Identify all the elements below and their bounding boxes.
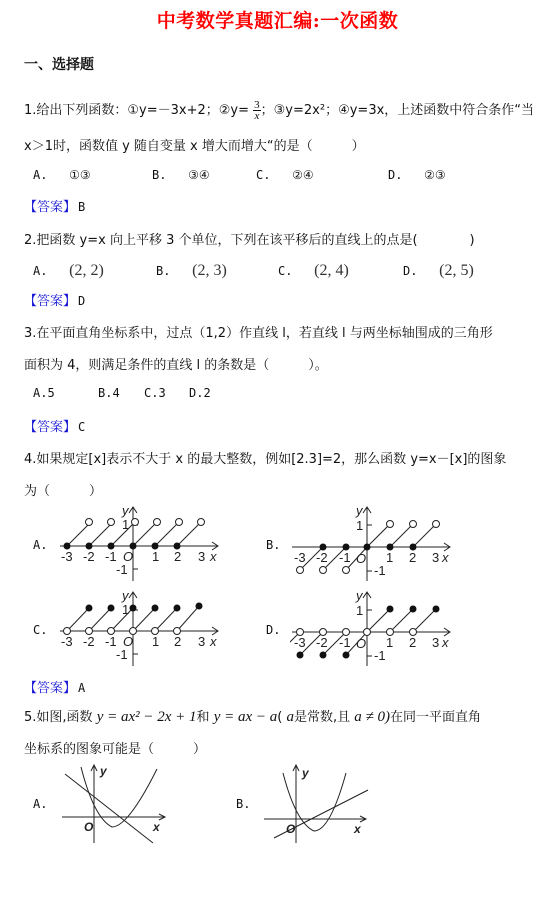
question-3-line-1: 3.在平面直角坐标系中，过点（1,2）作直线 l，若直线 l 与两坐标轴围成的三… bbox=[24, 322, 493, 341]
q3-option-c[interactable]: C.3 bbox=[144, 386, 166, 400]
svg-text:x: x bbox=[441, 550, 449, 565]
q3-option-d[interactable]: D.2 bbox=[189, 386, 211, 400]
svg-text:O: O bbox=[286, 822, 296, 836]
question-4-line-2: 为（ ） bbox=[24, 480, 102, 499]
q4-graph-c[interactable]: -3-2-1 O123 xy 1-1 bbox=[58, 588, 228, 668]
svg-text:3: 3 bbox=[432, 635, 439, 650]
q5-option-a-label[interactable]: A. bbox=[33, 797, 47, 811]
q3-answer: 【答案】C bbox=[24, 416, 85, 435]
q1-option-d[interactable]: D. ②③ bbox=[388, 168, 446, 182]
svg-text:1: 1 bbox=[152, 549, 159, 564]
q2-answer: 【答案】D bbox=[24, 290, 85, 309]
svg-text:-1: -1 bbox=[339, 550, 351, 565]
q2-option-d[interactable]: D. (2, 5) bbox=[403, 262, 474, 280]
svg-text:3: 3 bbox=[198, 549, 205, 564]
svg-text:-1: -1 bbox=[374, 563, 386, 578]
svg-text:-1: -1 bbox=[339, 635, 351, 650]
svg-text:-3: -3 bbox=[294, 635, 306, 650]
svg-text:x: x bbox=[209, 634, 217, 649]
svg-text:1: 1 bbox=[356, 603, 363, 618]
q2-option-c[interactable]: C. (2, 4) bbox=[278, 262, 349, 280]
svg-text:1: 1 bbox=[386, 550, 393, 565]
svg-text:1: 1 bbox=[386, 635, 393, 650]
q1-answer: 【答案】B bbox=[24, 196, 85, 215]
q4-option-b-label[interactable]: B. bbox=[266, 538, 280, 552]
svg-text:-1: -1 bbox=[105, 549, 117, 564]
svg-text:2: 2 bbox=[174, 634, 181, 649]
question-1-line-1: 1.给出下列函数：①y=－3x+2；②y= 3x；③y=2x²；④y=3x，上述… bbox=[24, 99, 534, 121]
svg-text:y: y bbox=[99, 764, 108, 778]
svg-text:1: 1 bbox=[356, 518, 363, 533]
question-1-line-2: x＞1时，函数值 y 随自变量 x 增大而增大“的是（ ） bbox=[24, 135, 365, 154]
svg-text:-1: -1 bbox=[116, 647, 128, 662]
svg-text:1: 1 bbox=[122, 602, 129, 617]
math-quadratic: y = ax² − 2x + 1 bbox=[97, 709, 197, 725]
q4-graph-b[interactable]: -3-2-1 O123 xy 1-1 bbox=[290, 503, 460, 583]
svg-text:y: y bbox=[301, 766, 310, 780]
q4-answer: 【答案】A bbox=[24, 677, 85, 696]
question-4-line-1: 4.如果规定[x]表示不大于 x 的最大整数，例如[2.3]=2，那么函数 y=… bbox=[24, 448, 506, 467]
svg-text:-1: -1 bbox=[105, 634, 117, 649]
q3-option-a[interactable]: A.5 bbox=[33, 386, 55, 400]
svg-text:2: 2 bbox=[409, 635, 416, 650]
document-title: 中考数学真题汇编:一次函数 bbox=[0, 6, 555, 33]
svg-text:y: y bbox=[355, 588, 364, 603]
svg-text:O: O bbox=[84, 820, 94, 834]
svg-text:-2: -2 bbox=[316, 635, 328, 650]
svg-text:-3: -3 bbox=[61, 634, 73, 649]
section-heading: 一、选择题 bbox=[24, 54, 94, 74]
svg-text:-1: -1 bbox=[116, 562, 128, 577]
svg-text:3: 3 bbox=[198, 634, 205, 649]
q4-graph-a[interactable]: -3-2-1 O123 xy 1-1 bbox=[58, 503, 228, 583]
q3-option-b[interactable]: B.4 bbox=[98, 386, 120, 400]
question-5-line-1: 5.如图,函数 y = ax² − 2x + 1和 y = ax − a( a是… bbox=[24, 706, 481, 726]
svg-text:2: 2 bbox=[174, 549, 181, 564]
q1-option-a[interactable]: A. ①③ bbox=[33, 168, 91, 182]
svg-text:-2: -2 bbox=[316, 550, 328, 565]
math-linear: y = ax − a bbox=[214, 709, 278, 725]
svg-text:y: y bbox=[355, 503, 364, 518]
q4-option-a-label[interactable]: A. bbox=[33, 538, 47, 552]
q1-option-c[interactable]: C. ②④ bbox=[256, 168, 314, 182]
question-2-line-1: 2.把函数 y=x 向上平移 3 个单位，下列在该平移后的直线上的点是( ) bbox=[24, 229, 475, 248]
q2-option-a[interactable]: A. (2, 2) bbox=[33, 262, 104, 280]
svg-text:-3: -3 bbox=[61, 549, 73, 564]
svg-text:-2: -2 bbox=[83, 634, 95, 649]
svg-text:3: 3 bbox=[432, 550, 439, 565]
q2-option-b[interactable]: B. (2, 3) bbox=[156, 262, 227, 280]
q4-option-d-label[interactable]: D. bbox=[266, 623, 280, 637]
fraction-3-over-x: 3x bbox=[253, 100, 261, 121]
svg-text:y: y bbox=[121, 588, 130, 603]
svg-text:O: O bbox=[356, 551, 366, 566]
svg-text:x: x bbox=[441, 635, 449, 650]
svg-text:1: 1 bbox=[152, 634, 159, 649]
q5-graph-a[interactable]: yOx bbox=[60, 763, 170, 845]
svg-text:1: 1 bbox=[122, 517, 129, 532]
q4-graph-d[interactable]: -3-2-1 O123 xy 1-1 bbox=[290, 588, 460, 668]
svg-text:O: O bbox=[356, 636, 366, 651]
svg-text:-2: -2 bbox=[83, 549, 95, 564]
svg-text:-1: -1 bbox=[374, 648, 386, 663]
question-5-line-2: 坐标系的图象可能是（ ） bbox=[24, 738, 206, 757]
q1-option-b[interactable]: B. ③④ bbox=[152, 168, 210, 182]
svg-text:x: x bbox=[209, 549, 217, 564]
q5-graph-b[interactable]: yOx bbox=[262, 763, 372, 845]
question-3-line-2: 面积为 4，则满足条件的直线 l 的条数是（ ）。 bbox=[24, 354, 328, 373]
svg-text:x: x bbox=[152, 820, 161, 834]
svg-text:x: x bbox=[353, 822, 362, 836]
svg-text:y: y bbox=[121, 503, 130, 518]
q4-option-c-label[interactable]: C. bbox=[33, 623, 47, 637]
svg-text:-3: -3 bbox=[294, 550, 306, 565]
svg-text:2: 2 bbox=[409, 550, 416, 565]
q5-option-b-label[interactable]: B. bbox=[236, 797, 250, 811]
